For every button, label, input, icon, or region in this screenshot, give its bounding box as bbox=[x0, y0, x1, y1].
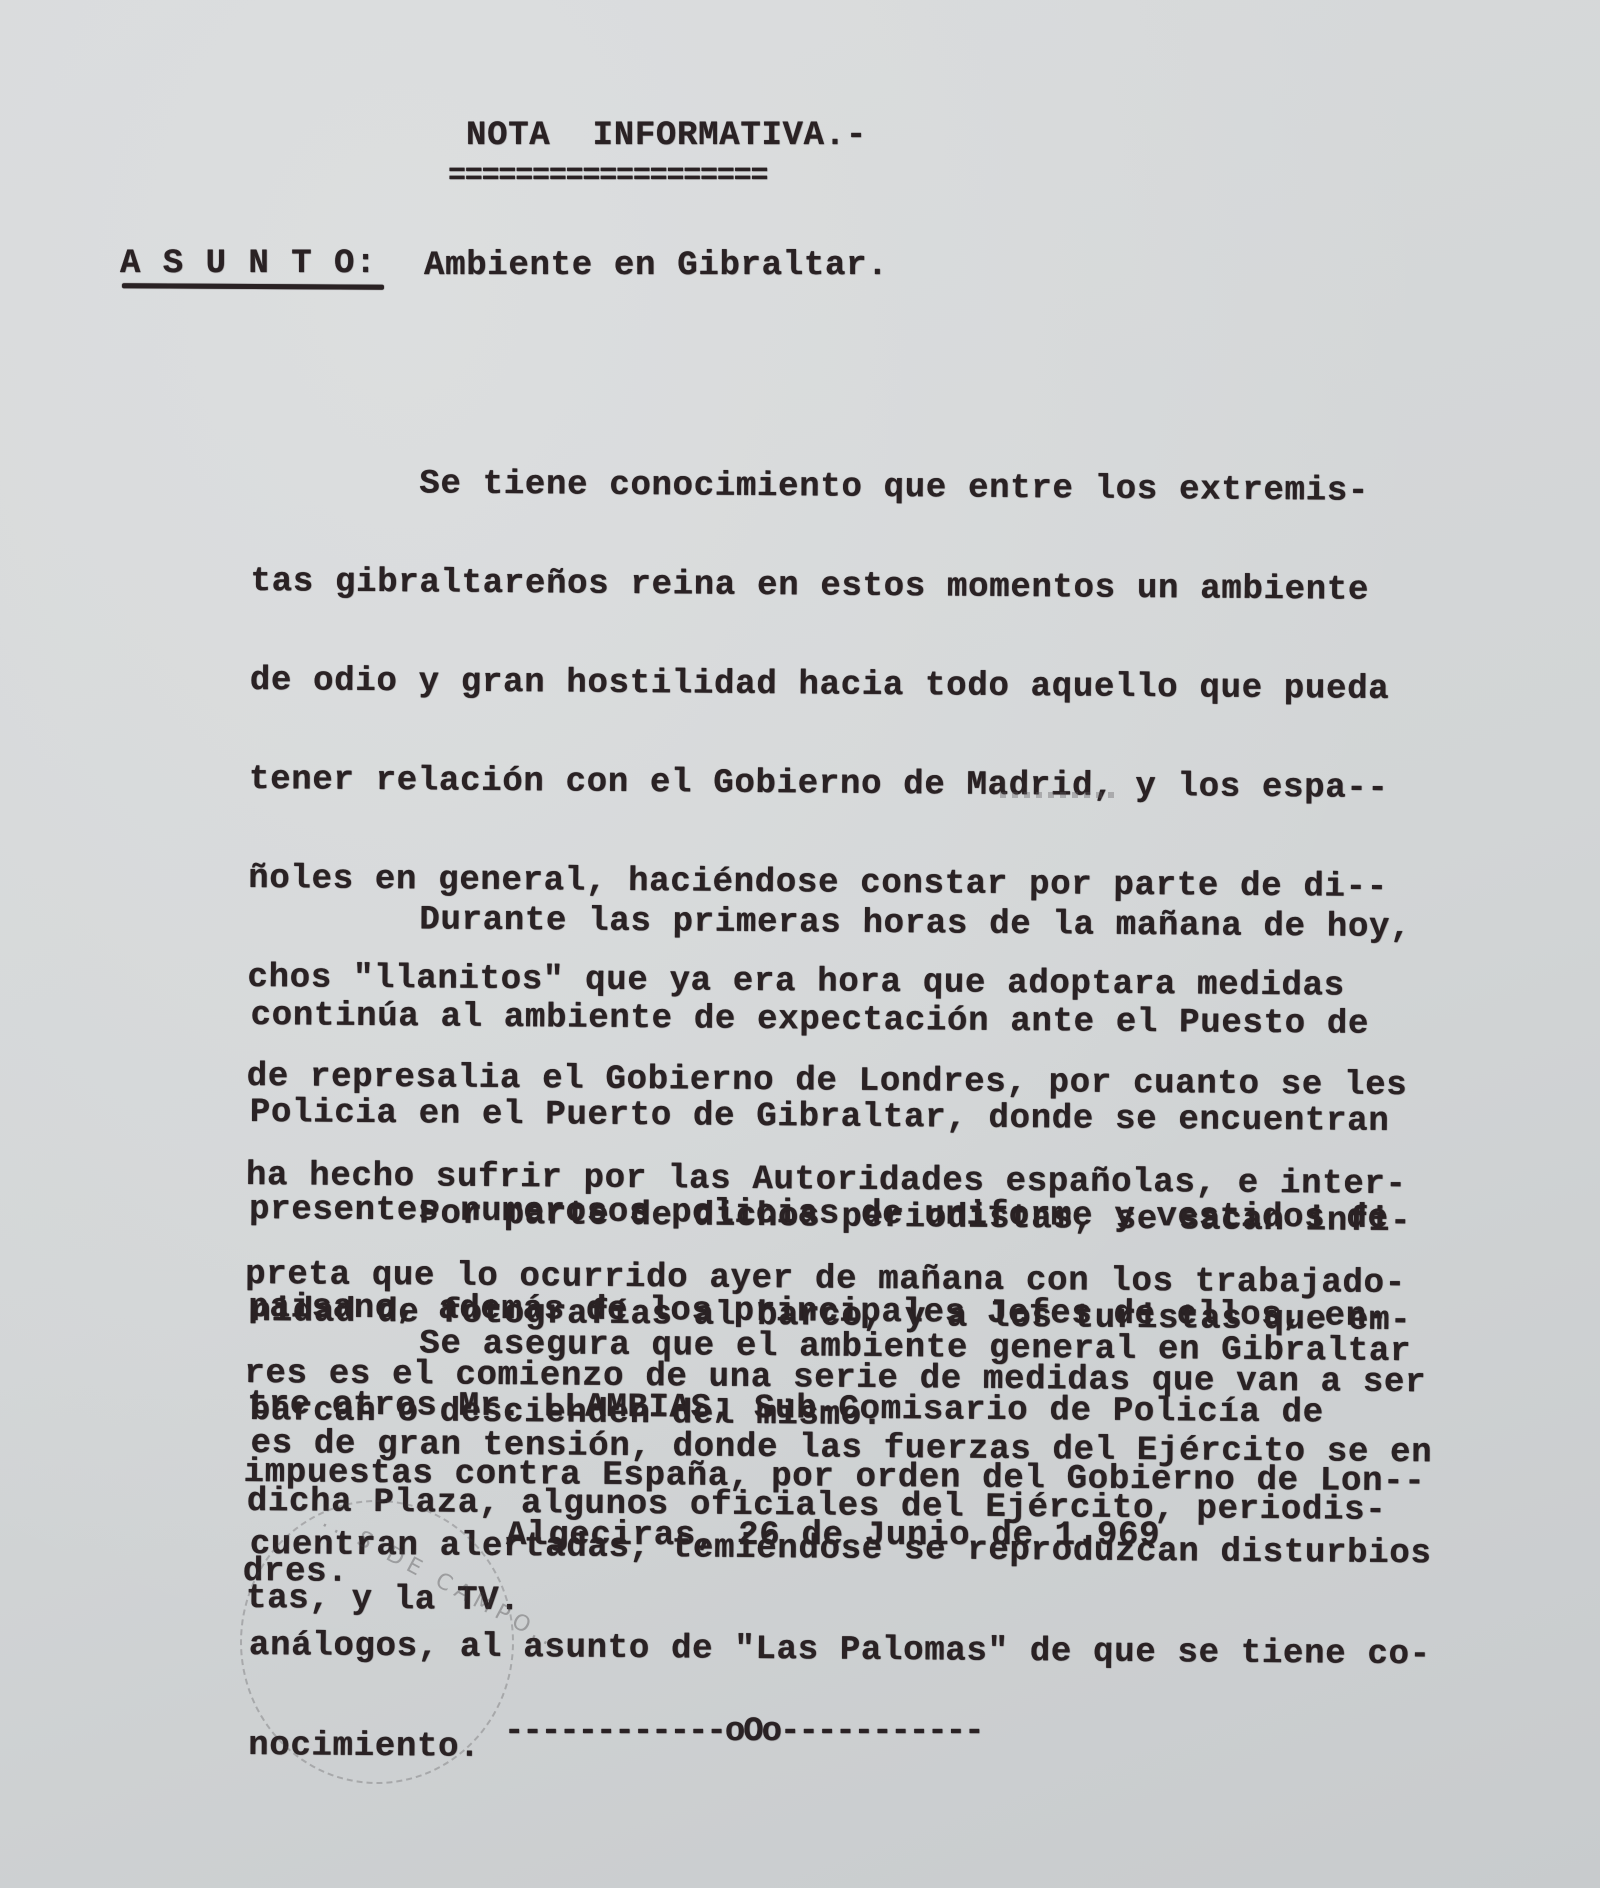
paragraph-line: Durante las primeras horas de la mañana … bbox=[251, 903, 1411, 944]
paragraph-line: Se tiene conocimiento que entre los extr… bbox=[251, 467, 1433, 509]
paragraph-line: Por parte de dichos periodistas, se saca… bbox=[251, 1197, 1412, 1239]
subject-value: Ambiente en Gibraltar. bbox=[424, 250, 888, 283]
place-date: Algeciras, 26 de Junio de 1.969 bbox=[506, 1520, 1160, 1553]
top-stamp-fragment: · ▪ ▪▪ bbox=[600, 0, 705, 11]
paragraph-line: continúa al ambiente de expectación ante… bbox=[250, 1000, 1410, 1041]
document-page: · ▪ ▪▪ NOTA INFORMATIVA.- ==============… bbox=[0, 0, 1600, 1888]
paragraph-line: Se asegura que el ambiente general en Gi… bbox=[251, 1327, 1433, 1370]
paragraph-line: de odio y gran hostilidad hacia todo aqu… bbox=[250, 665, 1432, 707]
paragraph-line: es de gran tensión, donde las fuerzas de… bbox=[250, 1428, 1432, 1471]
subject-label: A S U N T O: bbox=[120, 248, 377, 281]
closing-mark: ------------oOo----------- bbox=[504, 1716, 983, 1749]
paragraph-line: tener relación con el Gobierno de Madrid… bbox=[249, 764, 1431, 806]
title-underline: =================== bbox=[448, 160, 767, 193]
document-title: NOTA INFORMATIVA.- bbox=[466, 120, 867, 153]
subject-label-underline bbox=[122, 283, 384, 290]
ink-smudge bbox=[1000, 792, 1120, 798]
paragraph-line: tas gibraltareños reina en estos momento… bbox=[250, 566, 1432, 608]
